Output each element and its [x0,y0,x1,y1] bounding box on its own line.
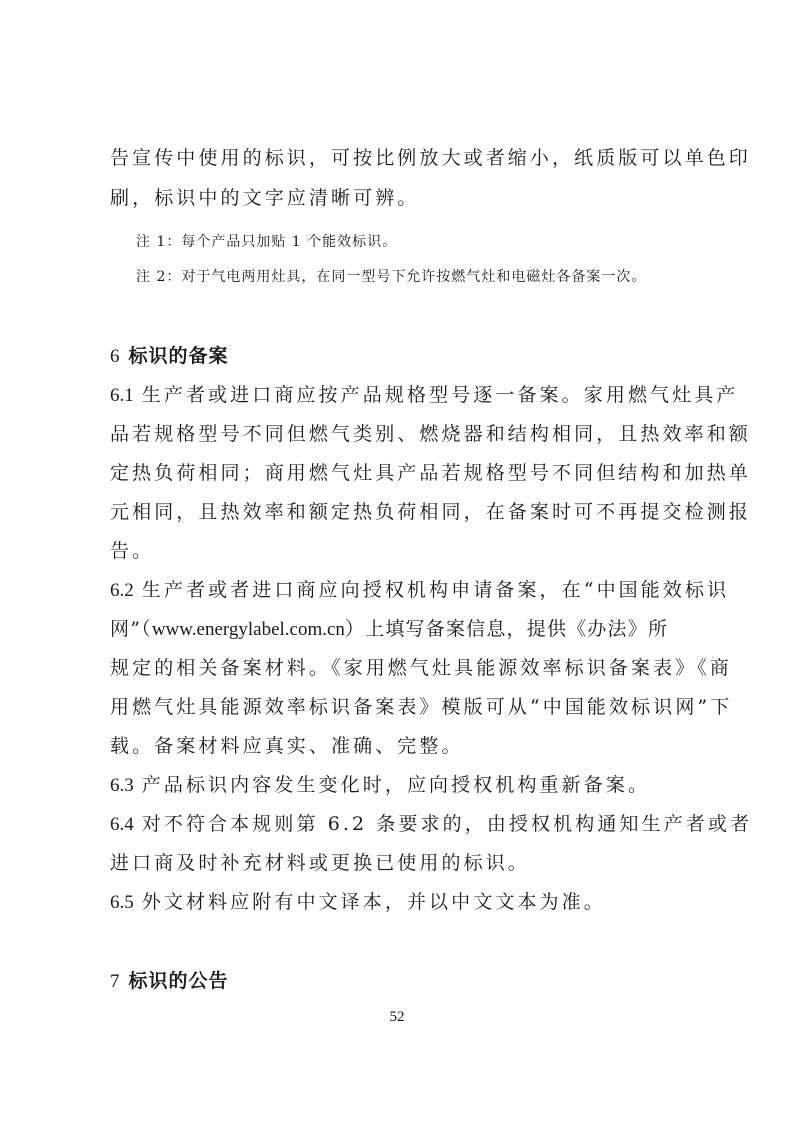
clause-text: 外文材料应附有中文译本，并以中文文本为准。 [142,891,606,913]
paragraph-line: 刷，标识中的文字应清晰可辨。 [110,185,690,211]
clause-number: 6.5 [110,892,134,913]
paragraph-line: 进口商及时补充材料或更换已使用的标识。 [110,850,690,876]
clause-number: 6.2 [110,580,134,601]
paragraph-line: 载。备案材料应真实、准确、完整。 [110,733,690,759]
clause-number: 6.4 [110,814,134,835]
note-2: 注 2：对于气电两用灶具，在同一型号下允许按燃气灶和电磁灶各备案一次。 [136,267,646,287]
clause-text: 对不符合本规则第 6.2 条要求的，由授权机构通知生产者或者 [142,813,752,835]
document-page: 告宣传中使用的标识，可按比例放大或者缩小，纸质版可以单色印 刷，标识中的文字应清… [0,0,794,1123]
clause-text: 生产者或进口商应按产品规格型号逐一备案。家用燃气灶具产 [142,384,739,406]
section-7-heading: 7标识的公告 [110,968,229,995]
clause-6-4: 6.4对不符合本规则第 6.2 条要求的，由授权机构通知生产者或者 [110,811,690,838]
clause-number: 6.3 [110,775,134,796]
section-number: 7 [110,971,121,992]
section-number: 6 [110,346,121,367]
paragraph-line: 规定的相关备案材料。《家用燃气灶具能源效率标识备案表》《商 [110,655,690,681]
clause-6-1: 6.1生产者或进口商应按产品规格型号逐一备案。家用燃气灶具产 [110,382,690,409]
paragraph-line: 用燃气灶具能源效率标识备案表》模版可从“中国能效标识网”下 [110,694,690,720]
text-span: ）上填写备案信息，提供《办法》所 [345,618,668,640]
clause-text: 生产者或者进口商应向授权机构申请备案，在“中国能效标识 [142,579,729,601]
section-6-heading: 6标识的备案 [110,343,229,370]
clause-6-2: 6.2生产者或者进口商应向授权机构申请备案，在“中国能效标识 [110,577,690,604]
section-title: 标识的备案 [129,345,229,367]
website-url: www.energylabel.com.cn [152,619,345,640]
paragraph-line: 告。 [110,538,690,564]
section-title: 标识的公告 [129,970,229,992]
paragraph-line: 品若规格型号不同但燃气类别、燃烧器和结构相同，且热效率和额 [110,421,690,447]
page-number: 52 [0,1009,794,1026]
clause-number: 6.1 [110,385,134,406]
text-span: 网”（ [110,618,152,640]
paragraph-line: 元相同，且热效率和额定热负荷相同，在备案时可不再提交检测报 [110,499,690,525]
paragraph-line: 定热负荷相同；商用燃气灶具产品若规格型号不同但结构和加热单 [110,460,690,486]
note-1: 注 1：每个产品只加贴 1 个能效标识。 [136,232,397,252]
clause-6-5: 6.5外文材料应附有中文译本，并以中文文本为准。 [110,889,690,916]
clause-text: 产品标识内容发生变化时，应向授权机构重新备案。 [142,774,650,796]
paragraph-line: 告宣传中使用的标识，可按比例放大或者缩小，纸质版可以单色印 [110,145,690,171]
paragraph-line: 网”（www.energylabel.com.cn）上填写备案信息，提供《办法》… [110,616,690,643]
clause-6-3: 6.3产品标识内容发生变化时，应向授权机构重新备案。 [110,772,690,799]
